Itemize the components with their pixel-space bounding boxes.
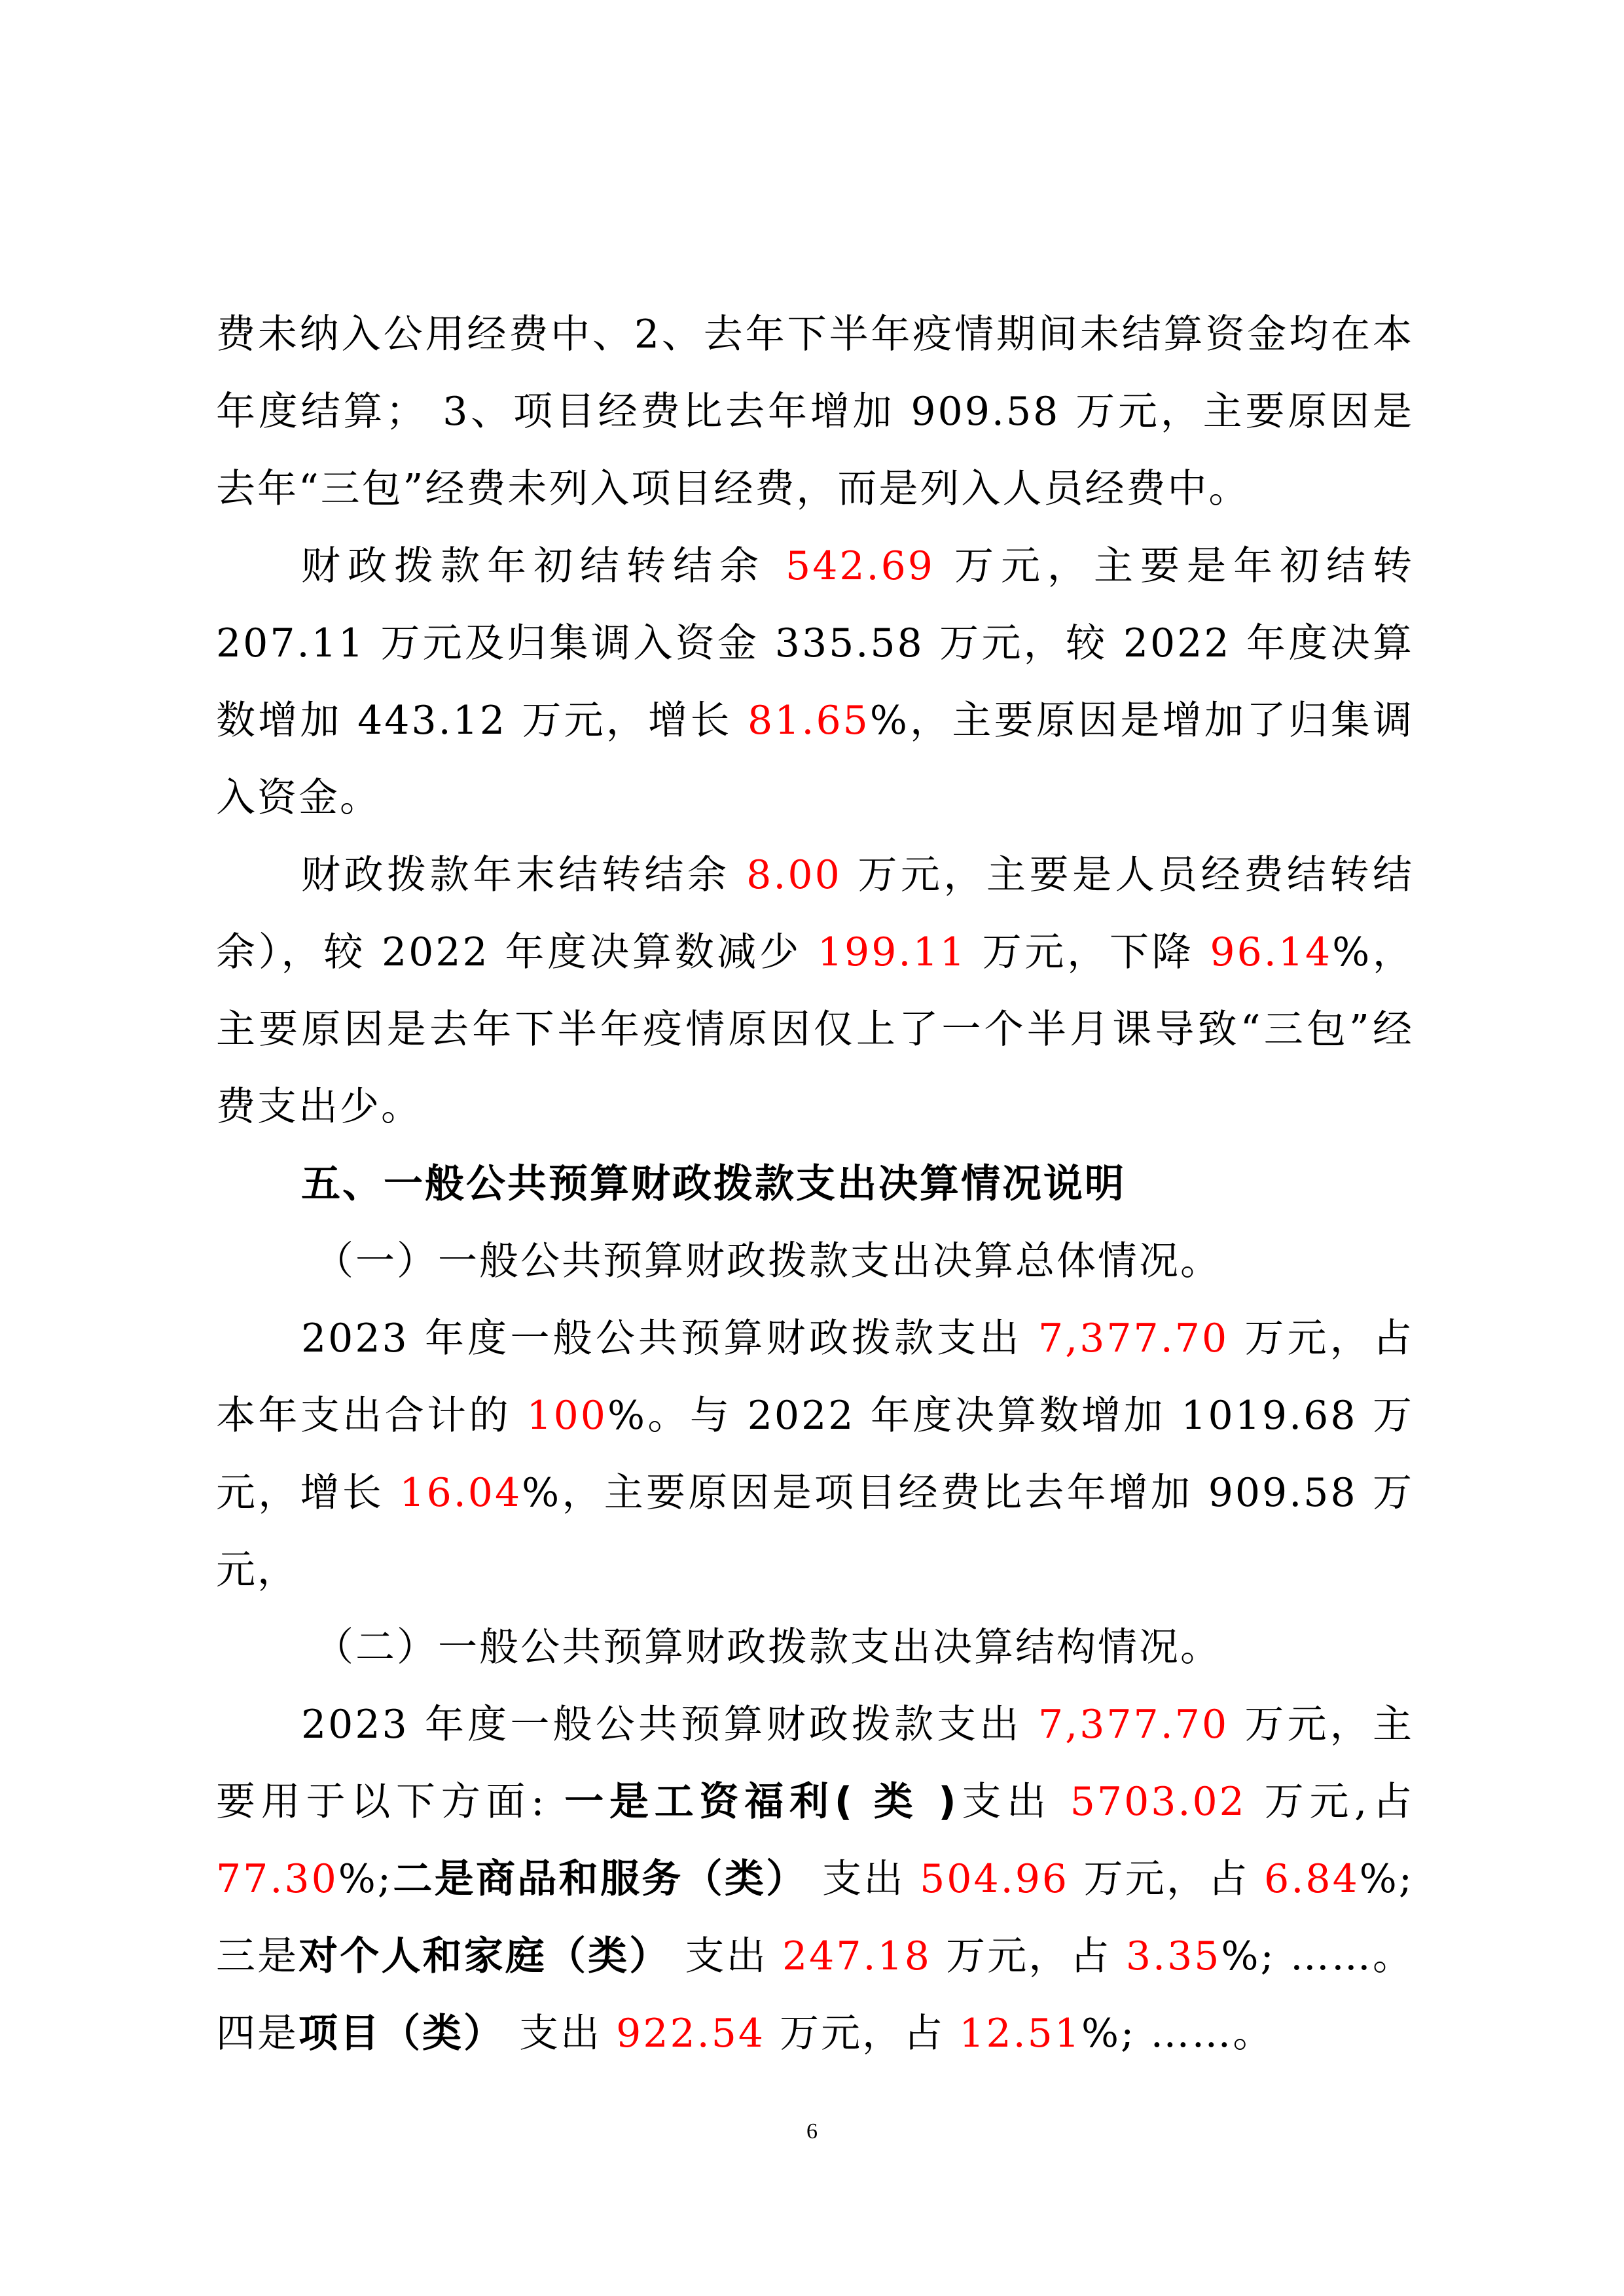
- category-label: 对个人和家庭（类）: [298, 1933, 670, 1979]
- text-segment: 2023 年度一般公共预算财政拨款支出: [301, 1316, 1038, 1361]
- highlight-value: 16.04: [399, 1470, 522, 1516]
- highlight-value: 7,377.70: [1038, 1702, 1229, 1748]
- highlight-value: 5703.02: [1070, 1779, 1246, 1825]
- text-segment: 支出: [808, 1856, 920, 1902]
- paragraph-overall-expenditure: 2023 年度一般公共预算财政拨款支出 7,377.70 万元，占本年支出合计的…: [216, 1300, 1414, 1609]
- text-segment: 财政拨款年初结转结余: [301, 543, 785, 589]
- highlight-value: 96.14: [1210, 929, 1332, 975]
- highlight-value: 199.11: [818, 929, 967, 975]
- highlight-value: 81.65: [748, 698, 870, 744]
- paragraph-text: 费未纳入公用经费中、2、去年下半年疫情期间未结算资金均在本年度结算； 3、项目经…: [216, 312, 1414, 512]
- paragraph-opening-balance: 财政拨款年初结转结余 542.69 万元，主要是年初结转 207.11 万元及归…: [216, 528, 1414, 836]
- highlight-value: 542.69: [785, 543, 935, 589]
- page-number: 6: [0, 2119, 1624, 2144]
- highlight-value: 12.51: [959, 2011, 1081, 2056]
- paragraph-continued-reasons: 费未纳入公用经费中、2、去年下半年疫情期间未结算资金均在本年度结算； 3、项目经…: [216, 296, 1414, 528]
- highlight-value: 8.00: [746, 852, 842, 898]
- paragraph-closing-balance: 财政拨款年末结转结余 8.00 万元，主要是人员经费结转结余），较 2022 年…: [216, 836, 1414, 1145]
- highlight-value: 922.54: [616, 2011, 765, 2056]
- category-label: 一是工资福利( 类 ): [564, 1779, 958, 1825]
- text-segment: 支出: [670, 1933, 782, 1979]
- highlight-value: 3.35: [1126, 1933, 1221, 1979]
- text-segment: 支出: [958, 1779, 1070, 1825]
- text-segment: 财政拨款年末结转结余: [301, 852, 746, 898]
- highlight-value: 247.18: [782, 1933, 931, 1979]
- highlight-value: 100: [526, 1393, 607, 1439]
- subsection-heading-2: （二）一般公共预算财政拨款支出决算结构情况。: [216, 1609, 1414, 1686]
- document-body: 费未纳入公用经费中、2、去年下半年疫情期间未结算资金均在本年度结算； 3、项目经…: [216, 296, 1414, 2072]
- text-segment: 万元，占: [931, 1933, 1126, 1979]
- category-label: 项目（类）: [298, 2011, 505, 2056]
- paragraph-expenditure-structure: 2023 年度一般公共预算财政拨款支出 7,377.70 万元，主要用于以下方面…: [216, 1686, 1414, 2072]
- text-segment: %; ……。: [1081, 2011, 1274, 2056]
- text-segment: 万元，占: [765, 2011, 959, 2056]
- document-page: 费未纳入公用经费中、2、去年下半年疫情期间未结算资金均在本年度结算； 3、项目经…: [0, 0, 1624, 2296]
- section-heading-5: 五、一般公共预算财政拨款支出决算情况说明: [216, 1145, 1414, 1223]
- category-label: 二是商品和服务（类）: [393, 1856, 808, 1902]
- highlight-value: 7,377.70: [1038, 1316, 1229, 1361]
- text-segment: 万元,占: [1246, 1779, 1414, 1825]
- text-segment: %;: [338, 1856, 393, 1902]
- highlight-value: 504.96: [920, 1856, 1069, 1902]
- subsection-heading-1: （一）一般公共预算财政拨款支出决算总体情况。: [216, 1223, 1414, 1300]
- highlight-value: 6.84: [1264, 1856, 1360, 1902]
- text-segment: 2023 年度一般公共预算财政拨款支出: [301, 1702, 1038, 1748]
- text-segment: 万元，下降: [967, 929, 1210, 975]
- text-segment: 万元，占: [1069, 1856, 1264, 1902]
- highlight-value: 77.30: [216, 1856, 338, 1902]
- text-segment: 支出: [505, 2011, 616, 2056]
